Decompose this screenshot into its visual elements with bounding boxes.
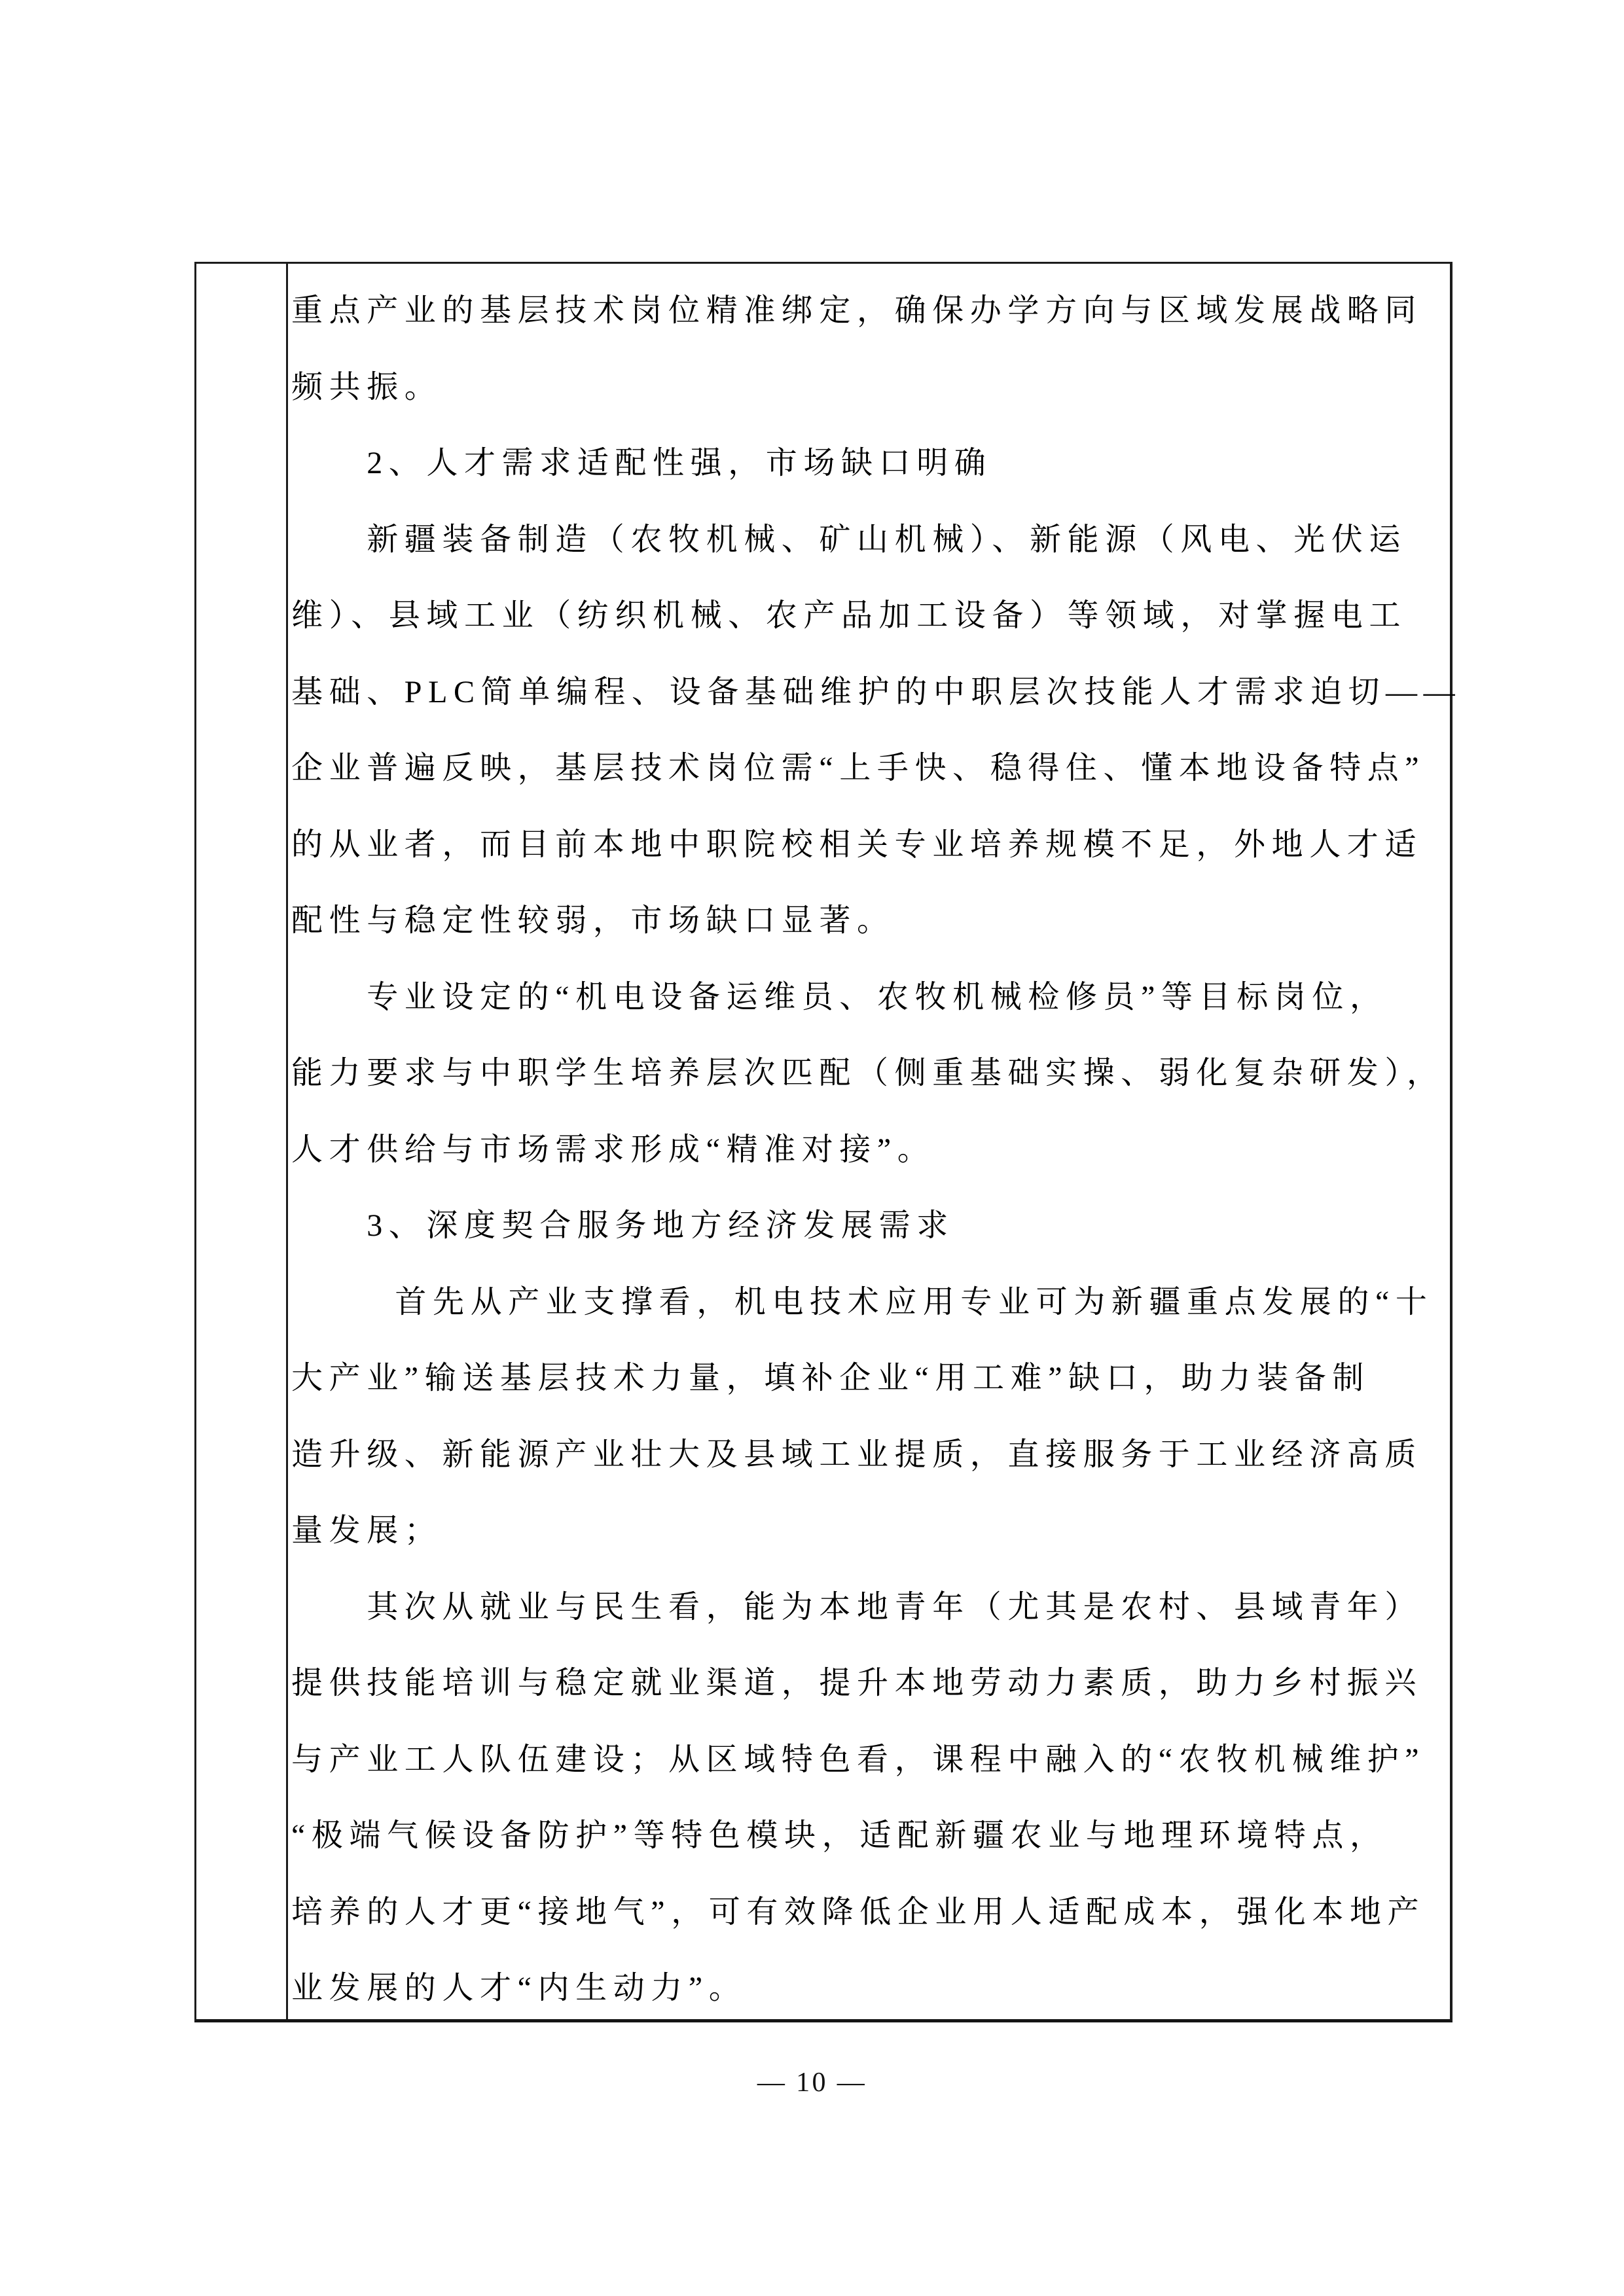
text-line: 3、深度契合服务地方经济发展需求 <box>291 1188 1451 1265</box>
document-page: 重点产业的基层技术岗位精准绑定，确保办学方向与区域发展战略同频共振。 2、人才需… <box>0 0 1624 2296</box>
text-line: 培养的人才更“接地气”，可有效降低企业用人适配成本，强化本地产 <box>291 1874 1451 1951</box>
text-line: 的从业者，而目前本地中职院校相关专业培养规模不足，外地人才适 <box>291 807 1451 884</box>
text-line: 维）、县域工业（纺织机械、农产品加工设备）等领域，对掌握电工 <box>291 578 1451 655</box>
text-line: 企业普遍反映，基层技术岗位需“上手快、稳得住、懂本地设备特点” <box>291 730 1451 807</box>
text-line: 造升级、新能源产业壮大及县域工业提质，直接服务于工业经济高质 <box>291 1417 1451 1494</box>
text-line: 配性与稳定性较弱，市场缺口显著。 <box>291 883 1451 960</box>
text-line: 能力要求与中职学生培养层次匹配（侧重基础实操、弱化复杂研发）， <box>291 1035 1451 1112</box>
body-text-block: 重点产业的基层技术岗位精准绑定，确保办学方向与区域发展战略同频共振。 2、人才需… <box>291 273 1451 2027</box>
text-line: 2、人才需求适配性强，市场缺口明确 <box>291 425 1451 502</box>
text-line: 大产业”输送基层技术力量，填补企业“用工难”缺口，助力装备制 <box>291 1340 1451 1417</box>
text-line: 其次从就业与民生看，能为本地青年（尤其是农村、县域青年） <box>291 1570 1451 1646</box>
text-line: “极端气候设备防护”等特色模块，适配新疆农业与地理环境特点， <box>291 1798 1451 1874</box>
text-line: 重点产业的基层技术岗位精准绑定，确保办学方向与区域发展战略同 <box>291 273 1451 350</box>
text-line: 提供技能培训与稳定就业渠道，提升本地劳动力素质，助力乡村振兴 <box>291 1645 1451 1722</box>
text-line: 新疆装备制造（农牧机械、矿山机械）、新能源（风电、光伏运 <box>291 502 1451 579</box>
page-number: — 10 — <box>0 2062 1624 2104</box>
table-label-cell <box>196 264 288 2019</box>
text-line: 频共振。 <box>291 350 1451 426</box>
text-line: 首先从产业支撑看，机电技术应用专业可为新疆重点发展的“十 <box>291 1265 1451 1341</box>
text-line: 专业设定的“机电设备运维员、农牧机械检修员”等目标岗位， <box>291 960 1451 1036</box>
form-table: 重点产业的基层技术岗位精准绑定，确保办学方向与区域发展战略同频共振。 2、人才需… <box>194 262 1453 2022</box>
text-line: 基础、PLC简单编程、设备基础维护的中职层次技能人才需求迫切—— <box>291 655 1451 731</box>
text-line: 量发展； <box>291 1493 1451 1570</box>
table-content-cell: 重点产业的基层技术岗位精准绑定，确保办学方向与区域发展战略同频共振。 2、人才需… <box>288 264 1451 2019</box>
text-line: 业发展的人才“内生动力”。 <box>291 1950 1451 2027</box>
text-line: 人才供给与市场需求形成“精准对接”。 <box>291 1112 1451 1189</box>
text-line: 与产业工人队伍建设；从区域特色看，课程中融入的“农牧机械维护” <box>291 1722 1451 1799</box>
